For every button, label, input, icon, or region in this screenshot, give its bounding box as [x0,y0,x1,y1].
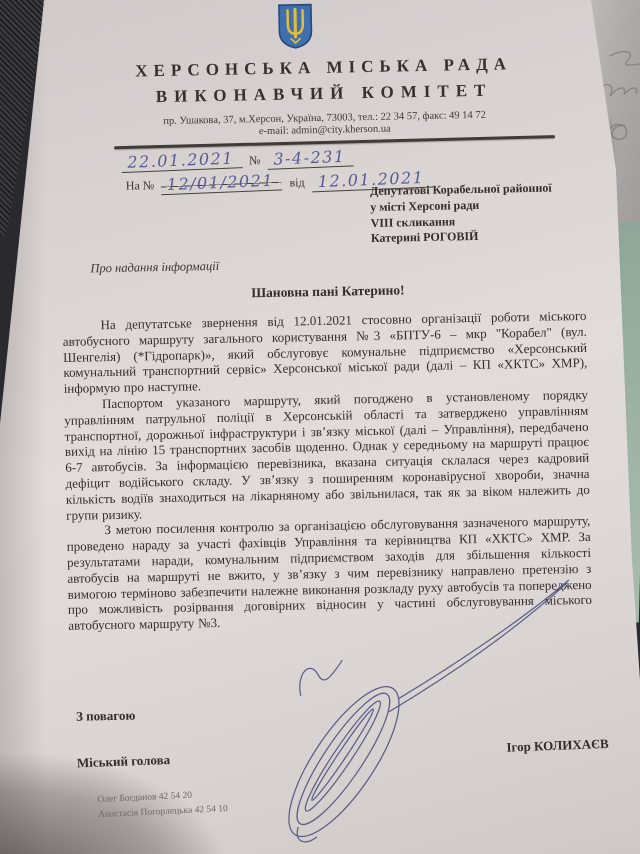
recipient-block: Депутатові Корабельної районної у місті … [370,179,611,247]
incoming-number-handwritten: 12/01/2021 [161,170,283,195]
executor-contacts: Олег Богданов 42 54 20 Анастасія Погорле… [97,787,228,823]
letter-document: ХЕРСОНСЬКА МІСЬКА РАДА ВИКОНАВЧИЙ КОМІТЕ… [0,0,640,854]
organization-name: ХЕРСОНСЬКА МІСЬКА РАДА [63,53,583,83]
incoming-number-label: На № [126,178,155,194]
closing-regards: З повагою [76,708,136,725]
letter-paper: ХЕРСОНСЬКА МІСЬКА РАДА ВИКОНАВЧИЙ КОМІТЕ… [0,0,640,854]
letterhead: ХЕРСОНСЬКА МІСЬКА РАДА ВИКОНАВЧИЙ КОМІТЕ… [63,53,584,141]
recipient-name: Катерині РОГОВІЙ [371,227,611,247]
ukraine-trident-emblem-icon [276,2,314,50]
outgoing-number-handwritten: 3-4-231 [267,146,354,169]
signer-position: Міський голова [77,752,171,771]
subject-line: Про надання інформації [90,259,219,276]
body-paragraph: На депутатське звернення від 12.01.2021 … [62,308,587,397]
organization-subname: ВИКОНАВЧИЙ КОМІТЕТ [64,79,584,109]
from-label: від [289,175,304,190]
salutation: Шановна пані Катерино! [68,279,588,305]
body-paragraph: Паспортом указаного маршруту, який погод… [64,387,590,523]
number-sign-label: № [249,153,261,168]
outgoing-reference-row: 22.01.2021 № 3-4-231 [121,146,432,172]
outgoing-date-handwritten: 22.01.2021 [121,148,242,173]
pen-signature-ink [248,550,604,852]
photo-of-letter: ХЕРСОНСЬКА МІСЬКА РАДА ВИКОНАВЧИЙ КОМІТЕ… [0,0,640,854]
